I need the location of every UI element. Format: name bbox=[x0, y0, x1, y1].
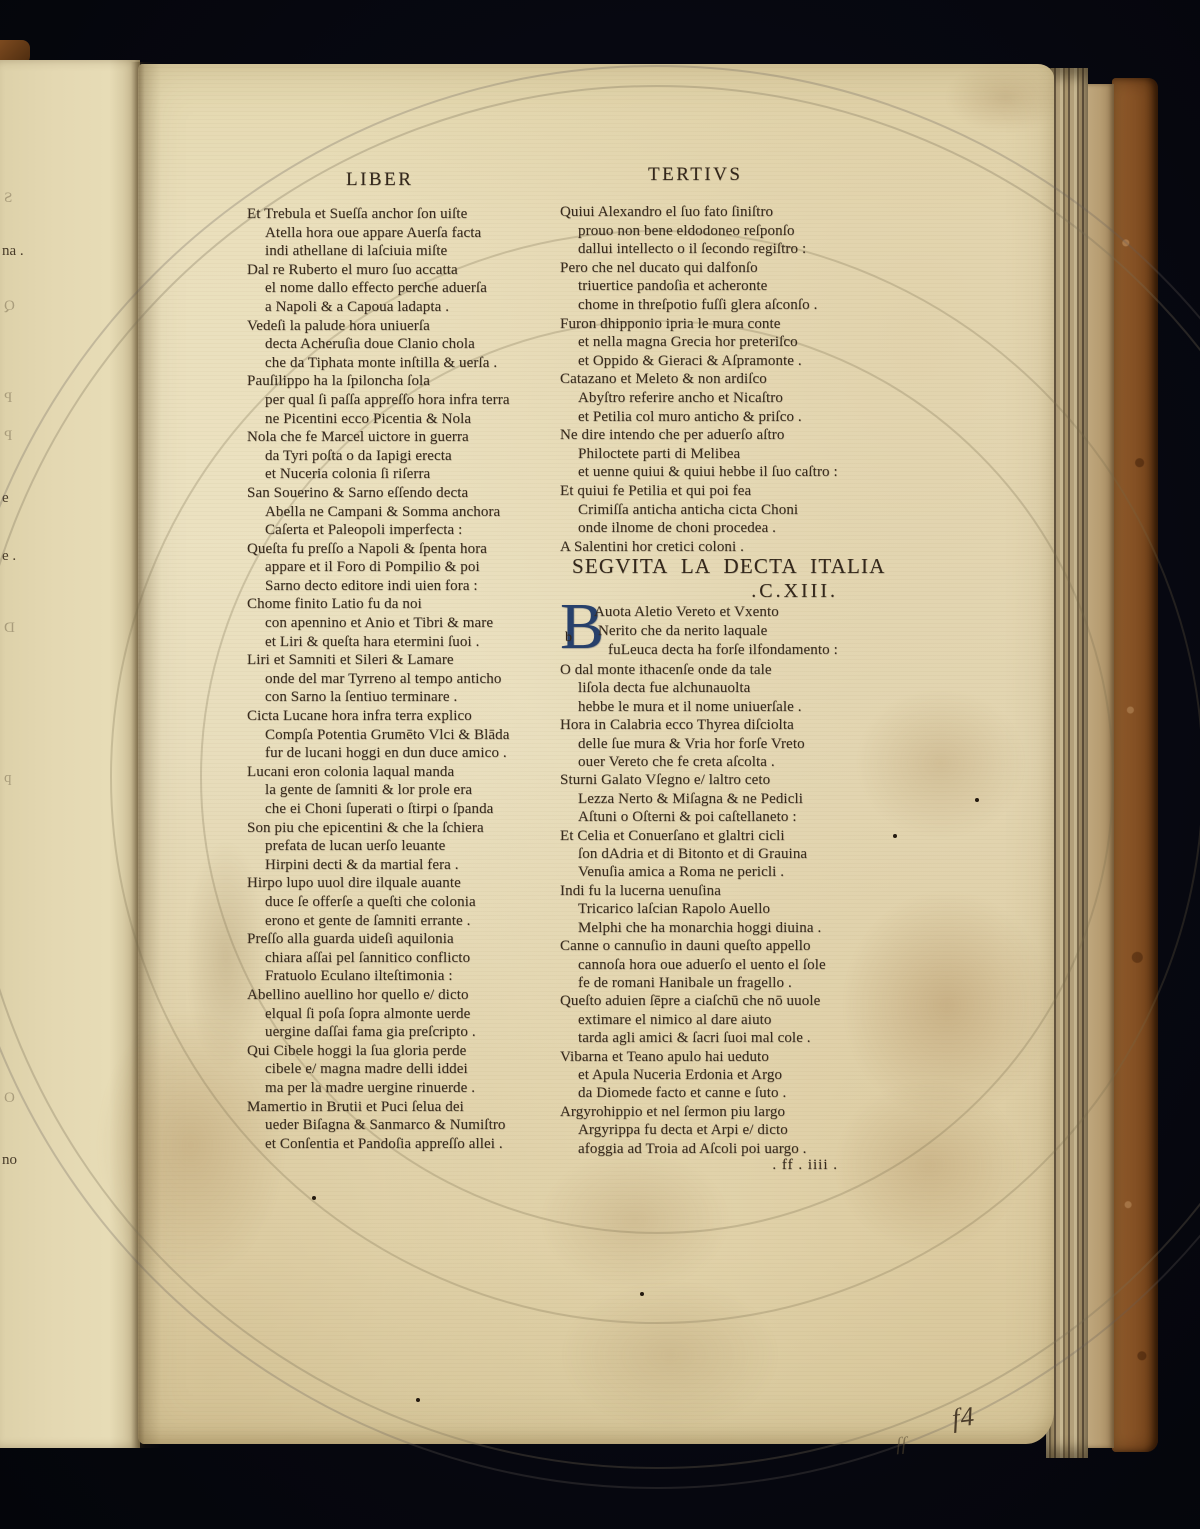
verse-line: Indi fu la lucerna uenuſina bbox=[560, 882, 826, 900]
verse-line: et Apula Nuceria Erdonia et Argo bbox=[560, 1066, 826, 1084]
verse-line: et Nuceria colonia ſi riſerra bbox=[247, 465, 555, 484]
verse-line: Nerito che da nerito laquale bbox=[560, 622, 838, 641]
verse-line: erono et gente de ſamniti errante . bbox=[247, 912, 555, 931]
text-block: LIBER TERTIVS Et Trebula et Sueſſa ancho… bbox=[0, 0, 1200, 1529]
verse-line: Argyrohippio et nel ſermon piu largo bbox=[560, 1103, 826, 1121]
verse-line: Caſerta et Paleopoli imperfecta : bbox=[247, 521, 555, 540]
verse-line: Vibarna et Teano apulo hai ueduto bbox=[560, 1048, 826, 1066]
verse-line: Hirpini decti & da martial fera . bbox=[247, 856, 555, 875]
verse-line: Atella hora oue appare Auerſa facta bbox=[247, 224, 555, 243]
verse-line: cibele e/ magna madre delli iddei bbox=[247, 1060, 555, 1079]
verse-line: et Oppido & Gieraci & Aſpramonte . bbox=[560, 352, 838, 371]
verse-line: extimare el nimico al dare aiuto bbox=[560, 1011, 826, 1029]
section-heading: SEGVITA LA DECTA ITALIA bbox=[572, 554, 886, 579]
verse-line: Hirpo lupo uuol dire ilquale auante bbox=[247, 874, 555, 893]
verse-line: Vedeſi la palude hora uniuerſa bbox=[247, 317, 555, 336]
verse-line: et Conſentia et Pandoſia appreſſo allei … bbox=[247, 1135, 555, 1154]
verse-line: fur de lucani hoggi en dun duce amico . bbox=[247, 744, 555, 763]
handwritten-faint-mark: ſſ bbox=[895, 1434, 907, 1457]
verse-line: Et Celia et Conuerſano et glaltri cicli bbox=[560, 827, 826, 845]
verse-line: la gente de ſamniti & lor prole era bbox=[247, 781, 555, 800]
verse-line: Venuſia amica a Roma ne pericli . bbox=[560, 863, 826, 881]
scanned-book-photograph: Sna .QPPee .DpOno LIBER TERTIVS Et Trebu… bbox=[0, 0, 1200, 1529]
verses-before-heading: Quiui Alexandro el ſuo fato ſiniſtroprou… bbox=[560, 203, 838, 556]
verse-line: elqual ſi poſa ſopra almonte uerde bbox=[247, 1005, 555, 1024]
verse-line: O dal monte ithacenſe onde da tale bbox=[560, 661, 826, 679]
verse-line: Furon dhipponio ipria le mura conte bbox=[560, 315, 838, 334]
verse-line: Canne o cannuſio in dauni queſto appello bbox=[560, 937, 826, 955]
verse-line: Sarno decto editore indi uien fora : bbox=[247, 577, 555, 596]
verse-line: Queſto aduien ſēpre a ciaſchū che nō uuo… bbox=[560, 992, 826, 1010]
verse-line: che ei Choni ſuperati o ſtirpi o ſpanda bbox=[247, 800, 555, 819]
running-header-tertius: TERTIVS bbox=[648, 164, 742, 186]
verse-line: Sturni Galato Vſegno e/ laltro ceto bbox=[560, 771, 826, 789]
verse-line: San Souerino & Sarno eſſendo decta bbox=[247, 484, 555, 503]
verse-line: Pauſilippo ha la ſpiloncha ſola bbox=[247, 372, 555, 391]
verse-line: uergine daſſai fama gia preſcripto . bbox=[247, 1023, 555, 1042]
initial-block: B b Auota Aletio Vereto et VxentoNerito … bbox=[560, 603, 852, 661]
verse-line: cannoſa hora oue aduerſo el uento el ſol… bbox=[560, 956, 826, 974]
verse-line: delle ſue mura & Vria hor forſe Vreto bbox=[560, 735, 826, 753]
verse-line: Tricarico laſcian Rapolo Auello bbox=[560, 900, 826, 918]
verse-line: Aſtuni o Oſterni & poi caſtellaneto : bbox=[560, 808, 826, 826]
verse-line: Abella ne Campani & Somma anchora bbox=[247, 503, 555, 522]
verse-line: Et Trebula et Sueſſa anchor ſon uiſte bbox=[247, 205, 555, 224]
verse-line: ouer Vereto che fe creta aſcolta . bbox=[560, 753, 826, 771]
verse-line: da Diomede facto et canne e ſuto . bbox=[560, 1084, 826, 1102]
verse-line: triuertice pandoſia et acheronte bbox=[560, 277, 838, 296]
verse-line: tarda agli amici & ſacri ſuoi mal cole . bbox=[560, 1029, 826, 1047]
running-header-liber: LIBER bbox=[346, 169, 413, 191]
verse-line: dallui intellecto o il ſecondo regiſtro … bbox=[560, 240, 838, 259]
verse-line: Melphi che ha monarchia hoggi diuina . bbox=[560, 919, 826, 937]
quire-signature-mark: . ff . iiii . bbox=[560, 1157, 852, 1174]
verse-line: con apennino et Anio et Tibri & mare bbox=[247, 614, 555, 633]
verses-after-heading: O dal monte ithacenſe onde da taleliſola… bbox=[560, 661, 826, 1158]
verse-line: Fratuolo Eculano ilteſtimonia : bbox=[247, 967, 555, 986]
verse-line: Ne dire intendo che per aduerſo aſtro bbox=[560, 426, 838, 445]
verse-line: hebbe le mura et il nome uniuerſale . bbox=[560, 698, 826, 716]
verse-line: Queſta fu preſſo a Napoli & ſpenta hora bbox=[247, 540, 555, 559]
verse-line: decta Acheruſia doue Clanio chola bbox=[247, 335, 555, 354]
verse-line: Argyrippa fu decta et Arpi e/ dicto bbox=[560, 1121, 826, 1139]
verse-line: onde ilnome de choni procedea . bbox=[560, 519, 838, 538]
verse-line: el nome dallo effecto perche aduerſa bbox=[247, 279, 555, 298]
verse-line: Quiui Alexandro el ſuo fato ſiniſtro bbox=[560, 203, 838, 222]
verse-line: chiara aſſai pel ſannitico conflicto bbox=[247, 949, 555, 968]
verse-line: ne Picentini ecco Picentia & Nola bbox=[247, 410, 555, 429]
verse-line: Mamertio in Brutii et Puci ſelua dei bbox=[247, 1098, 555, 1117]
verse-line: Abellino auellino hor quello e/ dicto bbox=[247, 986, 555, 1005]
verse-line: Son piu che epicentini & che la ſchiera bbox=[247, 819, 555, 838]
left-text-column: Et Trebula et Sueſſa anchor ſon uiſteAte… bbox=[247, 205, 555, 1153]
verse-line: da Tyri poſta o da Iapigi erecta bbox=[247, 447, 555, 466]
verse-line: et uenne quiui & quiui hebbe il ſuo caſt… bbox=[560, 463, 838, 482]
verse-line: Dal re Ruberto el muro ſuo accatta bbox=[247, 261, 555, 280]
verse-line: per qual ſi paſſa appreſſo hora infra te… bbox=[247, 391, 555, 410]
verse-line: con Sarno la ſentiuo terminare . bbox=[247, 688, 555, 707]
verse-line: prefata de lucan uerſo leuante bbox=[247, 837, 555, 856]
verse-line: onde del mar Tyrreno al tempo anticho bbox=[247, 670, 555, 689]
verse-line: Compſa Potentia Grumēto Vlci & Blāda bbox=[247, 726, 555, 745]
verse-line: Abyſtro referire ancho et Nicaſtro bbox=[560, 389, 838, 408]
verse-line: Et quiui fe Petilia et qui poi fea bbox=[560, 482, 838, 501]
verse-line: prouo non bene eldodoneo reſponſo bbox=[560, 222, 838, 241]
verse-line: liſola decta fue alchunauolta bbox=[560, 679, 826, 697]
verse-line: appare et il Foro di Pompilio & poi bbox=[247, 558, 555, 577]
verse-line: et Liri & queſta hara etermini ſuoi . bbox=[247, 633, 555, 652]
handwritten-folio-mark: f4 bbox=[950, 1401, 977, 1435]
verse-line: fe de romani Hanibale un fragello . bbox=[560, 974, 826, 992]
verse-line: Philoctete parti di Melibea bbox=[560, 445, 838, 464]
verse-line: Qui Cibele hoggi la ſua gloria perde bbox=[247, 1042, 555, 1061]
verse-line: Nola che fe Marcel uictore in guerra bbox=[247, 428, 555, 447]
verse-line: chome in threſpotio fuſſi glera aſconſo … bbox=[560, 296, 838, 315]
verse-line: fuLeuca decta ha forſe ilfondamento : bbox=[560, 641, 838, 660]
verse-line: indi athellane di laſciuia miſte bbox=[247, 242, 555, 261]
verse-line: Chome finito Latio fu da noi bbox=[247, 595, 555, 614]
verse-line: ma per la madre uergine rinuerde . bbox=[247, 1079, 555, 1098]
verse-line: Lucani eron colonia laqual manda bbox=[247, 763, 555, 782]
verse-line: che da Tiphata monte inſtilla & uerſa . bbox=[247, 354, 555, 373]
verse-line: ueder Biſagna & Sanmarco & Numiſtro bbox=[247, 1116, 555, 1135]
verse-line: Catazano et Meleto & non ardiſco bbox=[560, 370, 838, 389]
verse-line: Liri et Samniti et Sileri & Lamare bbox=[247, 651, 555, 670]
verse-line: Hora in Calabria ecco Thyrea diſciolta bbox=[560, 716, 826, 734]
verse-line: Crimiſſa anticha anticha cicta Choni bbox=[560, 501, 838, 520]
verse-line: Pero che nel ducato qui dalfonſo bbox=[560, 259, 838, 278]
verse-line: ſon dAdria et di Bitonto et di Grauina bbox=[560, 845, 826, 863]
verse-line: Auota Aletio Vereto et Vxento bbox=[560, 603, 838, 622]
verse-line: Lezza Nerto & Miſagna & ne Pedicli bbox=[560, 790, 826, 808]
verse-line: afoggia ad Troia ad Aſcoli poi uargo . bbox=[560, 1140, 826, 1158]
verse-line: Cicta Lucane hora infra terra explico bbox=[247, 707, 555, 726]
verse-line: et nella magna Grecia hor preteriſco bbox=[560, 333, 838, 352]
verse-line: Preſſo alla guarda uideſi aquilonia bbox=[247, 930, 555, 949]
initial-tercet: Auota Aletio Vereto et VxentoNerito che … bbox=[560, 603, 838, 659]
verse-line: et Petilia col muro anticho & priſco . bbox=[560, 408, 838, 427]
verse-line: duce ſe offerſe a queſti che colonia bbox=[247, 893, 555, 912]
verse-line: a Napoli & a Capoua ladapta . bbox=[247, 298, 555, 317]
